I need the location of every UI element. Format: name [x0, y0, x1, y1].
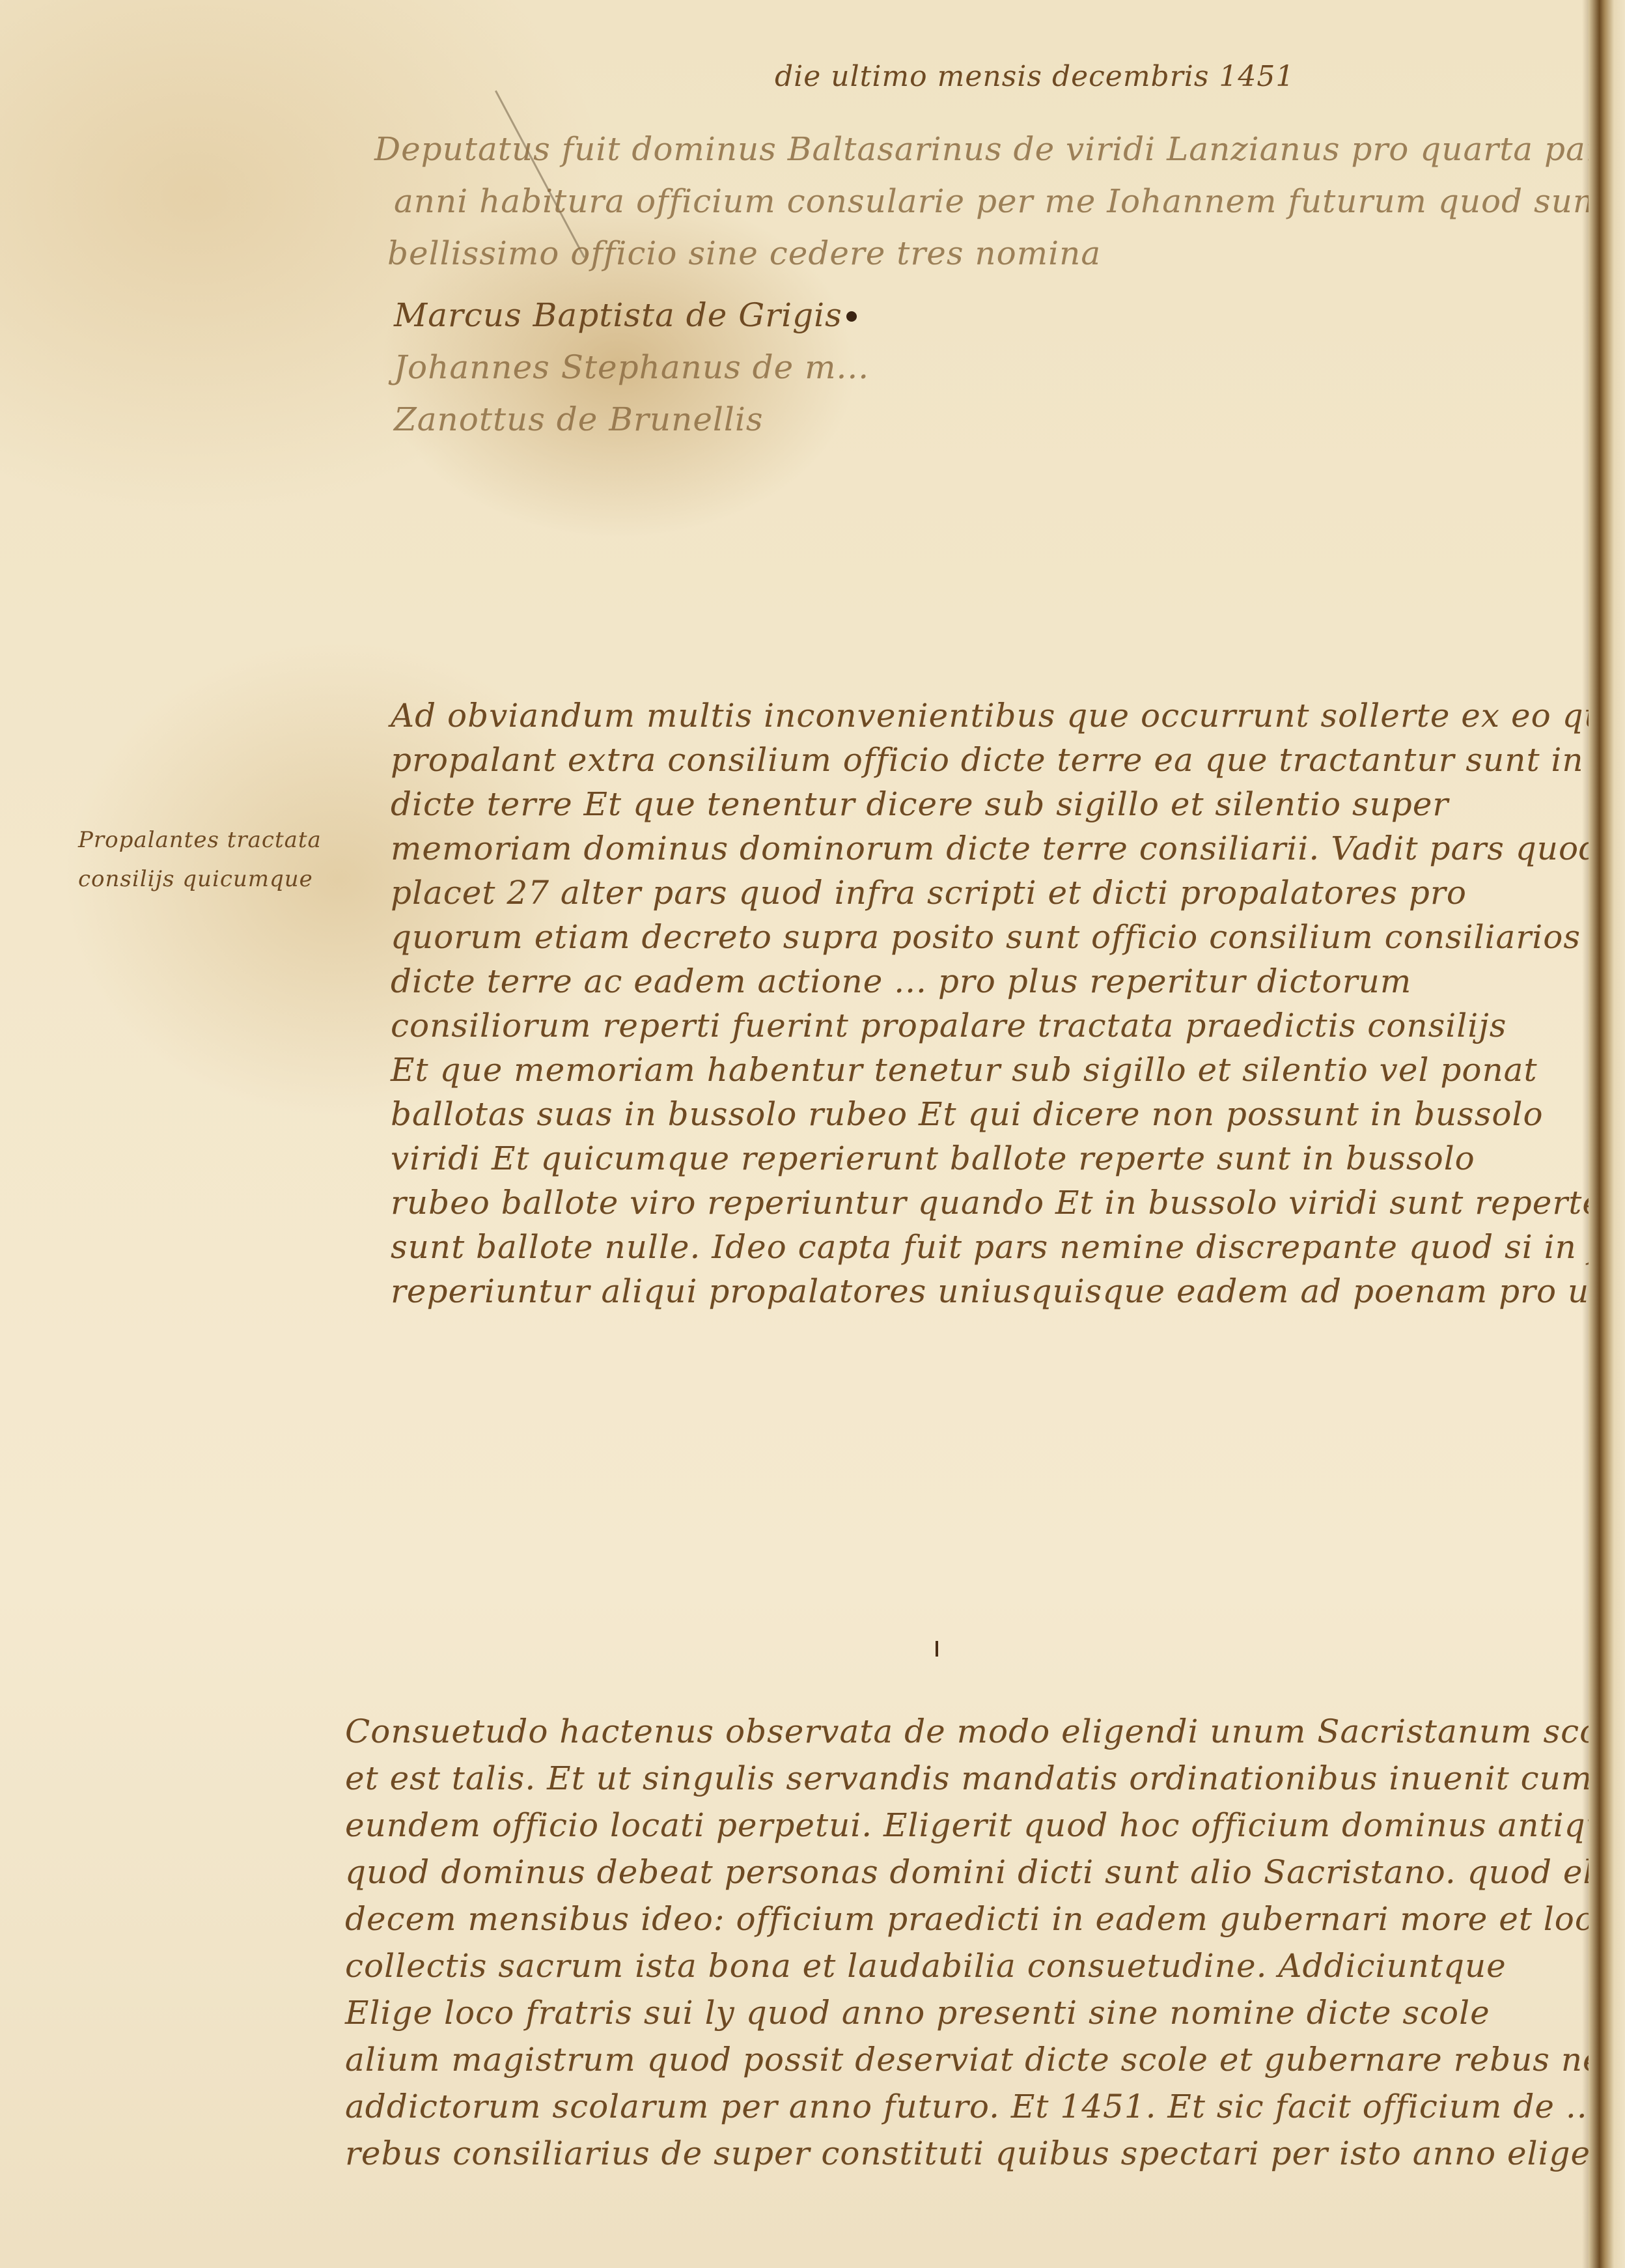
text-line: Ad obviandum multis inconvenientibus que…: [391, 697, 1625, 735]
date-heading: die ultimo mensis decembris 1451: [775, 60, 1294, 93]
text-line: alium magistrum quod possit deserviat di…: [345, 2041, 1625, 2079]
text-line: quod dominus debeat personas domini dict…: [345, 1853, 1625, 1891]
text-line: propalant extra consilium officio dicte …: [391, 741, 1625, 779]
text-line: Elige loco fratris sui ly quod anno pres…: [345, 1994, 1490, 2032]
text-line: rubeo ballote viro reperiuntur quando Et…: [391, 1184, 1602, 1222]
text-line: decem mensibus ideo: officium praedicti …: [345, 1900, 1625, 1938]
text-line: rebus consiliarius de super constituti q…: [345, 2135, 1625, 2172]
paper-crease: [495, 91, 585, 258]
text-line: sunt ballote nulle. Ideo capta fuit pars…: [391, 1228, 1625, 1266]
text-line: ballotas suas in bussolo rubeo Et qui di…: [391, 1095, 1544, 1133]
manuscript-page: die ultimo mensis decembris 1451 Deputat…: [0, 0, 1589, 2268]
text-line: Deputatus fuit dominus Baltasarinus de v…: [374, 130, 1625, 168]
ink-mark: [936, 1641, 938, 1657]
text-line: placet 27 alter pars quod infra scripti …: [391, 874, 1467, 912]
text-line: Et que memoriam habentur tenetur sub sig…: [391, 1051, 1538, 1089]
text-line: memoriam dominus dominorum dicte terre c…: [391, 830, 1625, 867]
margin-line: Propalantes tractata: [78, 827, 322, 853]
text-line: viridi Et quicumque reperierunt ballote …: [391, 1140, 1475, 1177]
text-line: bellissimo officio sine cedere tres nomi…: [387, 234, 1101, 272]
text-line: et est talis. Et ut singulis servandis m…: [345, 1759, 1592, 1797]
text-line: collectis sacrum ista bona et laudabilia…: [345, 1947, 1507, 1985]
text-line: anni habitura officium consularie per me…: [394, 182, 1625, 220]
text-line: eundem officio locati perpetui. Eligerit…: [345, 1806, 1625, 1844]
binding-fold: [1589, 0, 1625, 2268]
text-line: quorum etiam decreto supra posito sunt o…: [391, 918, 1581, 956]
text-line: consiliorum reperti fuerint propalare tr…: [391, 1007, 1507, 1044]
text-line: dicte terre Et que tenentur dicere sub s…: [391, 785, 1449, 823]
text-line: reperiuntur aliqui propalatores uniusqui…: [391, 1272, 1625, 1310]
margin-line: consilijs quicumque: [78, 866, 313, 892]
name-list-item: Zanottus de Brunellis: [394, 400, 764, 438]
name-list-item: Johannes Stephanus de m...: [394, 348, 869, 386]
text-line: Consuetudo hactenus observata de modo el…: [345, 1713, 1625, 1750]
ink-dot: [846, 311, 857, 322]
text-line: addictorum scolarum per anno futuro. Et …: [345, 2088, 1599, 2125]
name-list-item: Marcus Baptista de Grigis: [394, 296, 842, 334]
text-line: dicte terre ac eadem actione ... pro plu…: [391, 962, 1411, 1000]
